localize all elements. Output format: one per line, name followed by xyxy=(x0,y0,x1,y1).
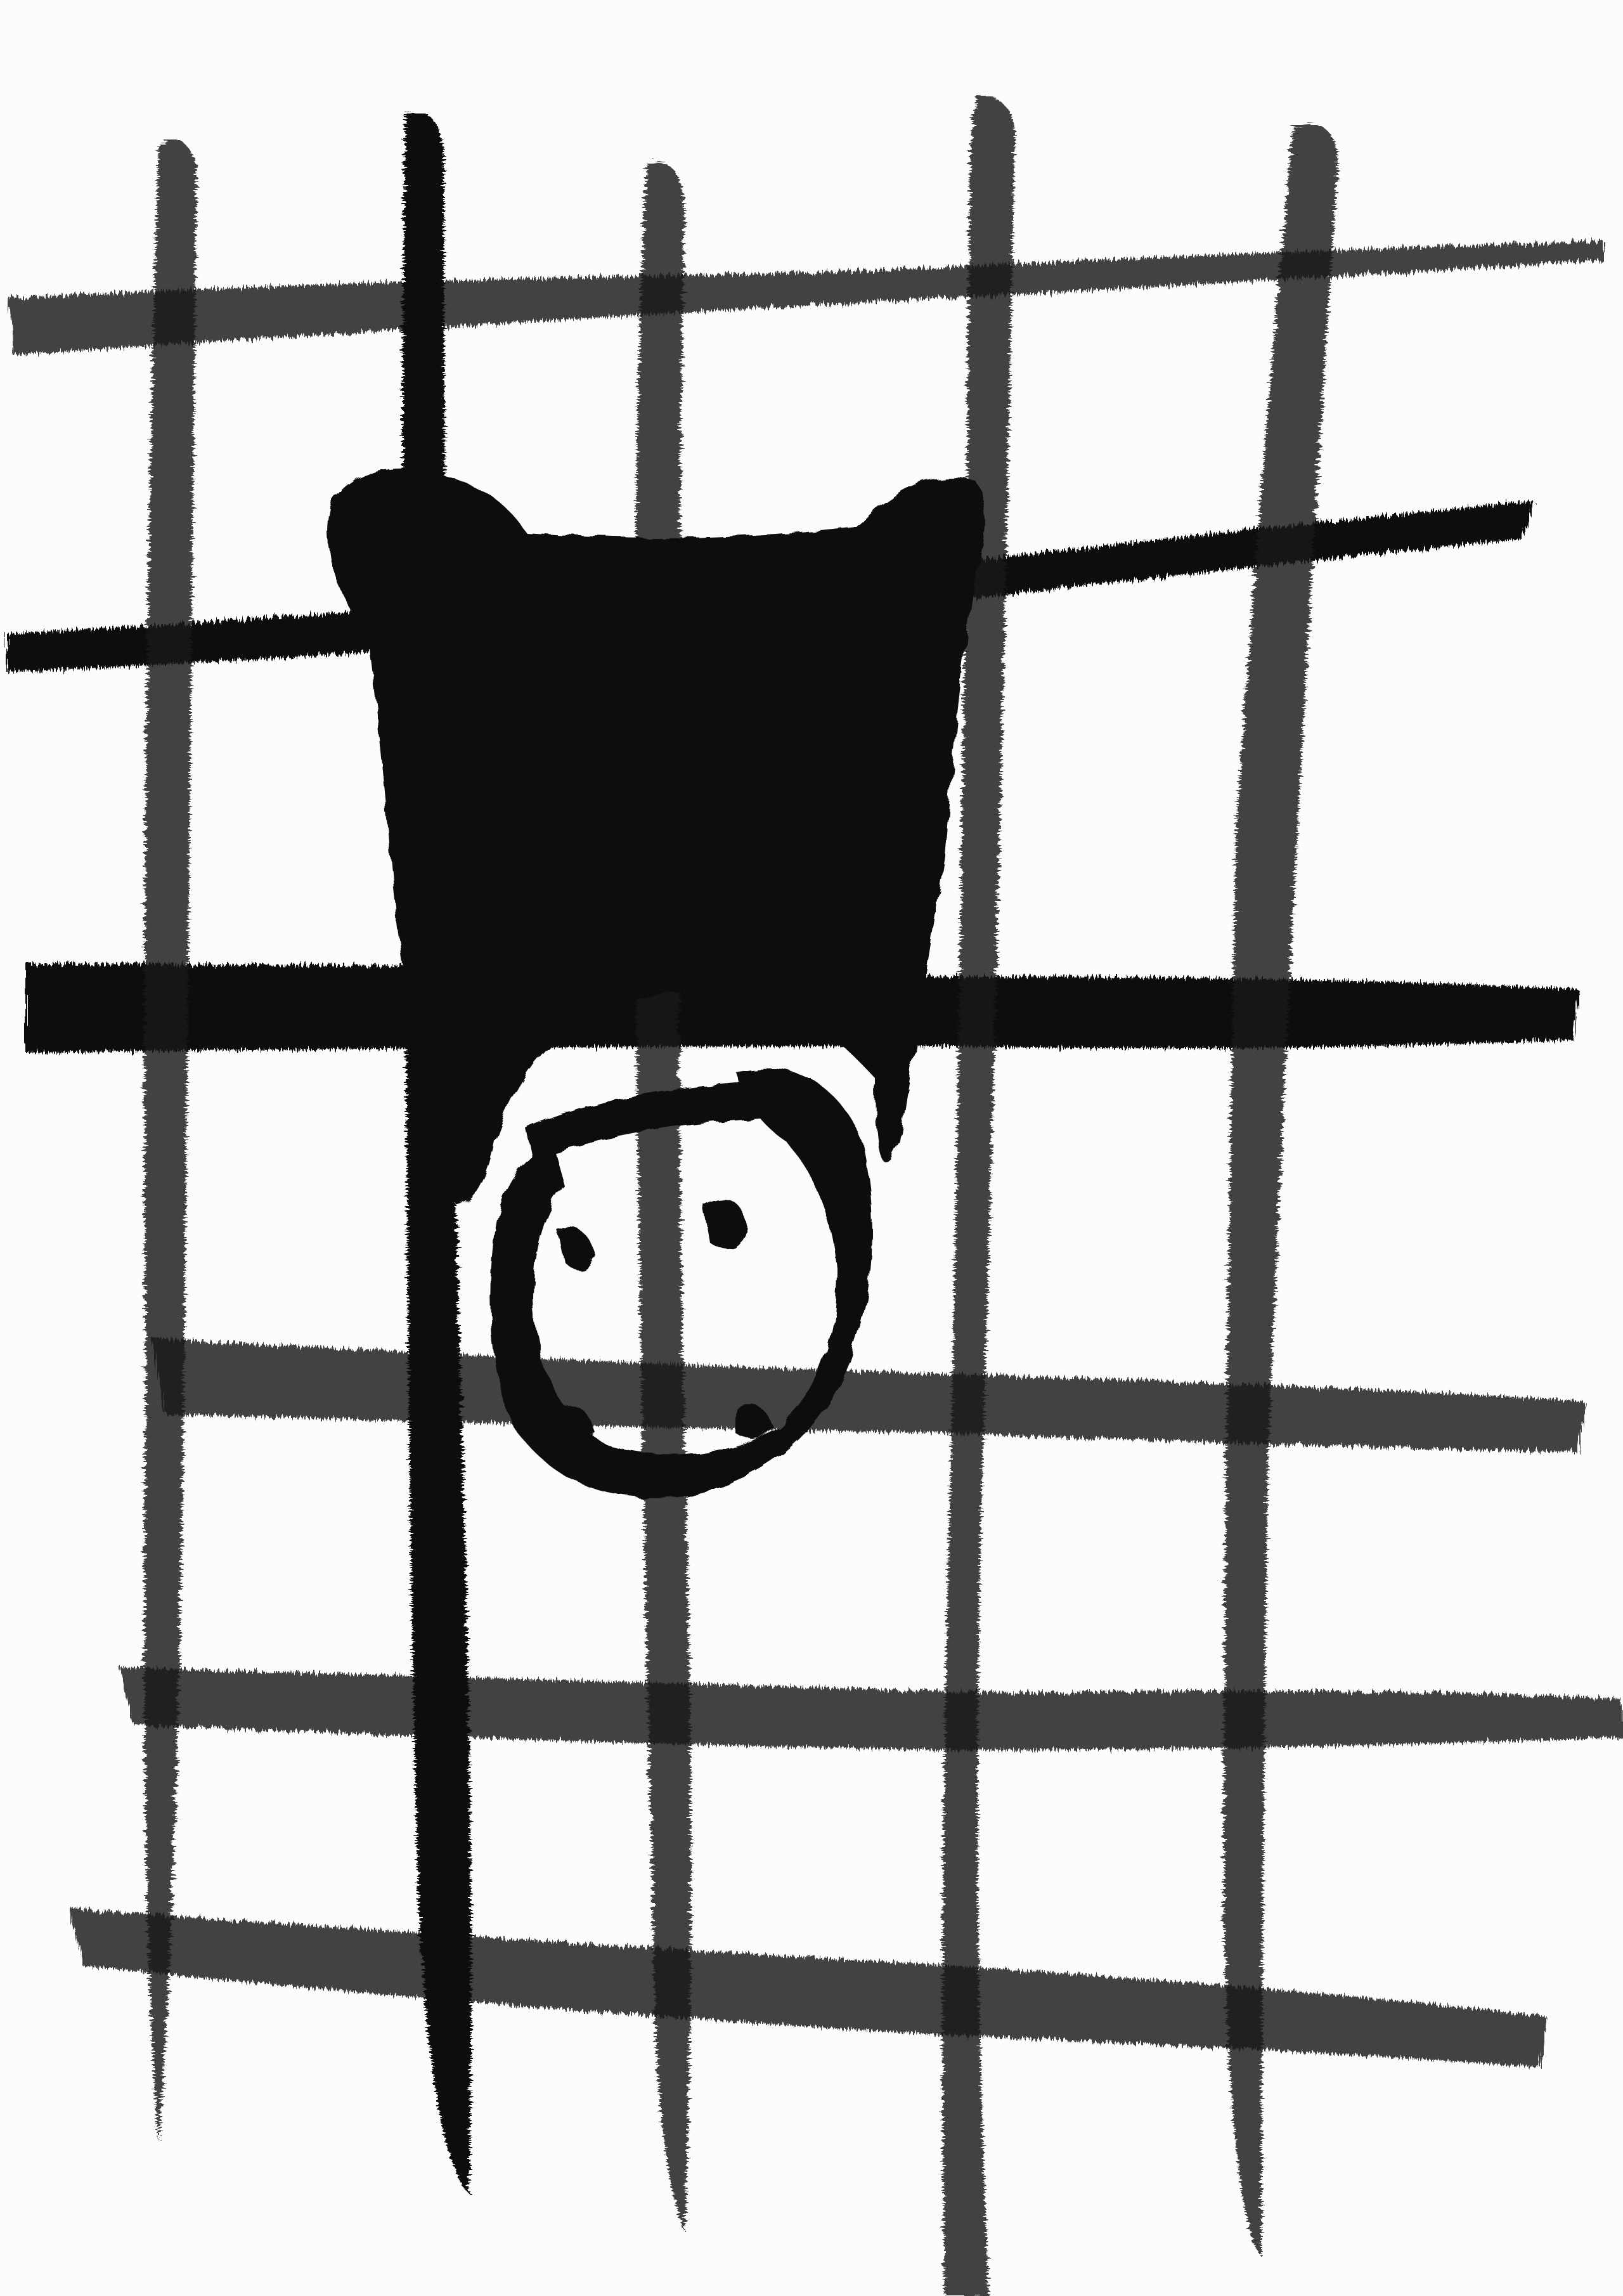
ink-painting xyxy=(0,0,1623,2296)
